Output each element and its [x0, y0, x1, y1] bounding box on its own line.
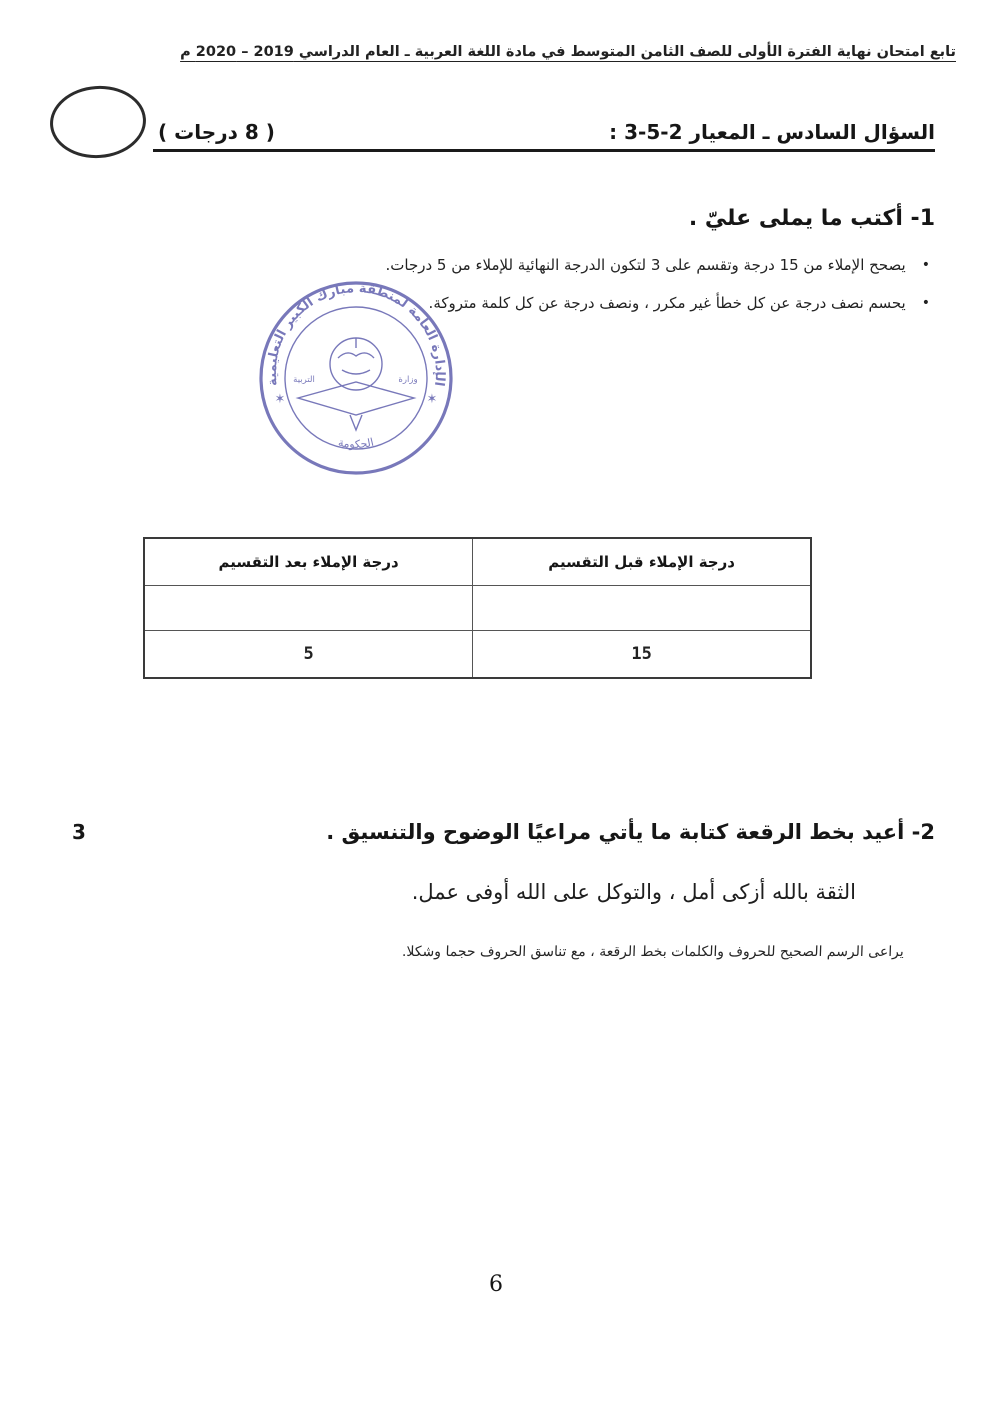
stamp-left-star-icon: ✶: [275, 392, 286, 407]
empty-cell: [144, 586, 473, 631]
empty-cell: [473, 586, 811, 631]
stamp-left-word: التربية: [293, 375, 315, 385]
value-cell-after-division: 5: [144, 631, 473, 679]
bullet-text: يصحح الإملاء من 15 درجة وتقسم على 3 لتكو…: [385, 254, 905, 276]
stamp-emblem: [298, 338, 414, 430]
svg-text:الحكومة: الحكومة: [337, 436, 375, 451]
ruqaa-practice-sentence: الثقة بالله أزكى أمل ، والتوكل على الله …: [412, 880, 856, 904]
ruqaa-grading-note: يراعى الرسم الصحيح للحروف والكلمات بخط ا…: [402, 944, 904, 960]
header-cell-after-division: درجة الإملاء بعد التقسيم: [144, 538, 473, 586]
dictation-score-table: درجة الإملاء قبل التقسيم درجة الإملاء بع…: [143, 537, 812, 679]
document-header: تابع امتحان نهاية الفترة الأولى للصف الث…: [180, 44, 956, 60]
exam-page: تابع امتحان نهاية الفترة الأولى للصف الث…: [0, 0, 992, 1402]
bullet-icon: •: [922, 292, 930, 314]
table-empty-row: [144, 586, 811, 631]
stamp-right-word: وزارة: [398, 375, 417, 385]
table-value-row: 15 5: [144, 631, 811, 679]
svg-text:الإدارة العامة لمنطقة مبارك ال: الإدارة العامة لمنطقة مبارك الكبير التعل…: [265, 281, 447, 387]
official-ministry-stamp: الإدارة العامة لمنطقة مبارك الكبير التعل…: [256, 278, 456, 478]
score-oval: [48, 83, 149, 162]
title-underline: [153, 149, 935, 152]
stamp-bottom-arc-text: الحكومة: [337, 436, 375, 451]
stamp-top-arc-text: الإدارة العامة لمنطقة مبارك الكبير التعل…: [265, 281, 447, 387]
page-number: 6: [0, 1272, 992, 1297]
section1-heading: 1- أكتب ما يملى عليّ .: [689, 206, 935, 231]
section2-heading: 2- أعيد بخط الرقعة كتابة ما يأتي مراعيًا…: [326, 820, 935, 844]
stamp-right-star-icon: ✶: [427, 392, 438, 407]
table-header-row: درجة الإملاء قبل التقسيم درجة الإملاء بع…: [144, 538, 811, 586]
question-title: السؤال السادس ـ المعيار 2-5-3 :: [609, 120, 935, 144]
header-cell-before-division: درجة الإملاء قبل التقسيم: [473, 538, 811, 586]
question-marks: ( 8 درجات ): [158, 120, 275, 144]
bullet-icon: •: [922, 254, 930, 276]
value-cell-before-division: 15: [473, 631, 811, 679]
section2-side-mark: 3: [72, 820, 86, 844]
bullet-text: يحسم نصف درجة عن كل خطأ غير مكرر ، ونصف …: [429, 292, 906, 314]
bullet-item: • يصحح الإملاء من 15 درجة وتقسم على 3 لت…: [370, 254, 930, 276]
